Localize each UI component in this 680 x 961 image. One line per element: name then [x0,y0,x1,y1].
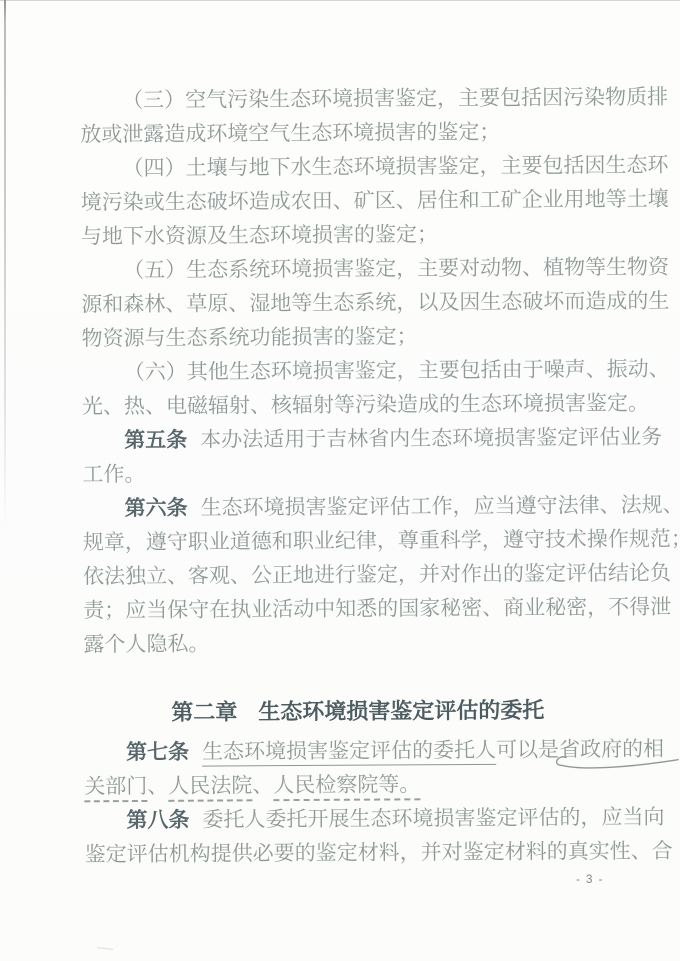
body-text: （三）空气污染生态环境损害鉴定，主要包括因污染物质排 [122,85,668,112]
body-text: （六）其他生态环境损害鉴定，主要包括由于噪声、振动、 [124,357,670,384]
pen-dashed-underlined-text: 人民检察院等。 [273,772,420,801]
article6-line4: 责；应当保守在执业活动中知悉的国家秘密、商业秘密，不得泄 [83,590,631,627]
article6-line1: 第六条生态环境损害鉴定评估工作，应当遵守法律、法规、 [83,488,631,525]
body-text: （四）土壤与地下水生态环境损害鉴定，主要包括因生态环 [122,153,668,180]
item5-line3: 物资源与生态系统功能损害的鉴定； [81,318,629,355]
item3-line1: （三）空气污染生态环境损害鉴定，主要包括因污染物质排 [80,80,628,117]
article6-label: 第六条 [125,497,188,520]
body-text: 境污染或生态破坏造成农田、矿区、居住和工矿企业用地等土壤 [81,187,669,215]
item5-line1: （五）生态系统环境损害鉴定，主要对动物、植物等生物资 [81,250,629,287]
article6-line5: 露个人隐私。 [83,624,631,661]
body-text: 工作。 [82,462,145,486]
body-text: 本办法适用于吉林省内生态环境损害鉴定评估业务 [200,425,662,452]
body-text: 规章，遵守职业道德和职业纪律，尊重科学，遵守技术操作规范； [83,527,680,555]
body-text: 鉴定评估机构提供必要的鉴定材料，并对鉴定材料的真实性、合 [85,839,673,867]
body-text: 源和森林、草原、湿地等生态系统，以及因生态破坏而造成的生 [81,289,669,317]
item4-line3: 与地下水资源及生态环境损害的鉴定； [81,216,629,253]
article8-line1: 第八条委托人委托开展生态环境损害鉴定评估的，应当向 [84,800,632,837]
item4-line2: 境污染或生态破坏造成农田、矿区、居住和工矿企业用地等土壤 [81,182,629,219]
body-text: 物资源与生态系统功能损害的鉴定； [81,324,417,350]
body-text: （五）生态系统环境损害鉴定，主要对动物、植物等生物资 [123,255,669,282]
pen-dashed-underlined-text: 关部门 [84,774,147,802]
document-body: （三）空气污染生态环境损害鉴定，主要包括因污染物质排 放或泄露造成环境空气生态环… [80,80,633,871]
body-text: 依法独立、客观、公正地进行鉴定，并对作出的鉴定评估结论负 [83,561,671,589]
article8-line2: 鉴定评估机构提供必要的鉴定材料，并对鉴定材料的真实性、合 [85,834,633,871]
scanned-document-page: （三）空气污染生态环境损害鉴定，主要包括因污染物质排 放或泄露造成环境空气生态环… [0,0,680,961]
article6-line3: 依法独立、客观、公正地进行鉴定，并对作出的鉴定评估结论负 [83,556,631,593]
item5-line2: 源和森林、草原、湿地等生态系统，以及因生态破坏而造成的生 [81,284,629,321]
page-number: - 3 - [576,874,604,886]
article7-label: 第七条 [126,741,189,764]
item6-line2: 光、热、电磁辐射、核辐射等污染造成的生态环境损害鉴定。 [82,386,630,423]
item6-line1: （六）其他生态环境损害鉴定，主要包括由于噪声、振动、 [82,352,630,389]
article6-line2: 规章，遵守职业道德和职业纪律，尊重科学，遵守技术操作规范； [83,522,631,559]
body-text: 光、热、电磁辐射、核辐射等污染造成的生态环境损害鉴定。 [82,391,649,418]
body-text: 委托人委托开展生态环境损害鉴定评估的，应当向 [202,805,664,832]
chapter-label: 第二章 [171,699,237,724]
body-text: 责；应当保守在执业活动中知悉的国家秘密、商业秘密，不得泄 [83,595,671,623]
article8-label: 第八条 [126,809,189,832]
pen-dashed-underlined-text: 人民法院 [168,773,252,802]
item4-line1: （四）土壤与地下水生态环境损害鉴定，主要包括因生态环 [80,148,628,185]
chapter-heading: 第二章生态环境损害鉴定评估的委托 [84,693,632,730]
body-text: 与地下水资源及生态环境损害的鉴定； [81,222,438,248]
article5-label: 第五条 [124,429,187,452]
article7-line1: 第七条生态环境损害鉴定评估的委托人可以是省政府的相 [84,732,632,769]
item3-line2: 放或泄露造成环境空气生态环境损害的鉴定； [80,114,628,151]
body-text: 、 [147,774,168,798]
handdrawn-swoosh-underline-icon [550,754,680,773]
article5-line2: 工作。 [82,454,630,491]
pen-underlined-text: 生态环境损害鉴定评估的委托人 [202,738,496,767]
scan-top-edge-line [0,0,680,1]
pen-swoosh-underlined-text: 省政府的相 [559,737,664,762]
body-text: 生态环境损害鉴定评估工作，应当遵守法律、法规、 [201,493,680,520]
scan-speck [97,947,113,950]
body-text: 、 [252,773,273,797]
scan-left-edge-line [4,0,6,530]
body-text: 露个人隐私。 [83,632,209,657]
body-text: 放或泄露造成环境空气生态环境损害的鉴定； [80,120,500,147]
chapter-title: 生态环境损害鉴定评估的委托 [258,698,544,725]
article5-line1: 第五条本办法适用于吉林省内生态环境损害鉴定评估业务 [82,420,630,457]
